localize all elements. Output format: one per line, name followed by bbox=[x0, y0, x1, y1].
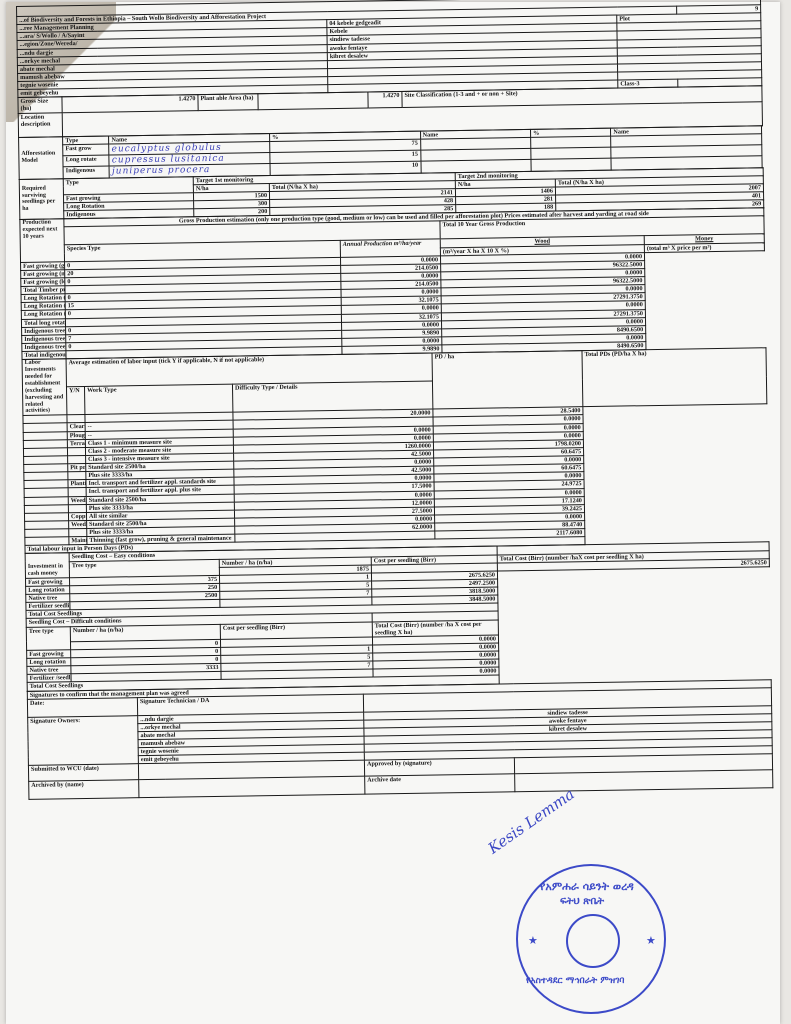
species-label: Indigenous trees (low) bbox=[22, 343, 66, 352]
header-table: ...of Biodiversity and Forests in Ethiop… bbox=[16, 0, 762, 98]
labor-section-label: Labor Investments needed for establishme… bbox=[22, 359, 67, 416]
investment-section-label: Investment in cash money bbox=[25, 553, 69, 578]
species-label: Total Timber production after 10 years bbox=[21, 286, 65, 295]
plantable-area-value: 1.4270 bbox=[368, 92, 402, 108]
official-stamp: የአምሐራ ሳይንት ወረዳ ፍትህ ጽቤት የአስተዳደር ማኅበራት ምዝገ… bbox=[516, 864, 666, 1014]
archived-field[interactable] bbox=[139, 777, 365, 799]
work-type: Clearing bbox=[67, 423, 85, 431]
work-type bbox=[68, 488, 86, 496]
species-label: Long Rotation (good) bbox=[21, 294, 65, 303]
stamp-top-text: የአምሐራ ሳይንት ወረዳ bbox=[540, 880, 634, 894]
gross-size-label: Gross Size (ha) bbox=[18, 97, 62, 113]
work-type bbox=[69, 528, 87, 536]
pd-ha-header: PD / ha bbox=[432, 351, 583, 409]
work-type bbox=[68, 455, 86, 463]
species-label: Long Rotation (medium) bbox=[21, 302, 65, 311]
location-description-label: Location description bbox=[18, 112, 62, 137]
diff-tree-header: Tree type bbox=[26, 626, 70, 650]
work-type: Maintenance bbox=[69, 537, 87, 545]
star-icon: ★ bbox=[528, 934, 538, 947]
management-plan-form: ...of Biodiversity and Forests in Ethiop… bbox=[16, 0, 772, 800]
total-pds-header: Total PDs (PD/ha X ha) bbox=[582, 348, 767, 407]
labor-table: Labor Investments needed for establishme… bbox=[22, 347, 770, 554]
signatures-table: Signatures to confirm that the managemen… bbox=[27, 679, 774, 801]
species-label: Long Rotation (low) bbox=[21, 310, 65, 319]
plantable-area-label: Plant able Area (ha) bbox=[198, 94, 258, 110]
species-label: Fast growing (good) bbox=[21, 261, 65, 270]
seedlings-section-label: Required surviving seedlings per ha bbox=[19, 178, 64, 219]
species-label: Total long rotate wood stacks 10 years bbox=[21, 318, 65, 327]
yn-header: Y/N bbox=[66, 387, 84, 415]
money-subheader: (total m³ X price per m³) bbox=[644, 242, 764, 252]
work-type: Ploughing bbox=[67, 431, 85, 439]
aff-type: Fast grow bbox=[63, 144, 109, 156]
archive-date-field[interactable] bbox=[515, 770, 773, 792]
afforestation-section-label: Afforestation Model bbox=[19, 136, 64, 179]
tree-type: Fertilizer /seedling bbox=[27, 674, 71, 683]
tree-type: Long rotation bbox=[27, 658, 71, 667]
work-type: Terracing, Water harvesting bbox=[67, 439, 85, 447]
star-icon: ★ bbox=[646, 934, 656, 947]
species-label: Fast growing (low) bbox=[21, 278, 65, 287]
production-section-label: Production expected next 10 years bbox=[20, 219, 65, 262]
work-type bbox=[67, 447, 85, 455]
archived-label: Archived by (name) bbox=[29, 780, 139, 800]
work-type: Pit preparation bbox=[68, 463, 86, 471]
work-type: Weeding year 2-5 bbox=[69, 520, 87, 528]
stamp-middle-text: ፍትህ ጽቤት bbox=[560, 896, 604, 907]
submitted-label: Submitted to WCU (date) bbox=[28, 764, 138, 782]
tree-type: Fertilizer seedling bbox=[26, 602, 70, 611]
species-label: Indigenous trees (good) bbox=[22, 326, 66, 335]
archive-date-label: Archive date bbox=[365, 774, 515, 794]
species-label: Indigenous trees (medium) bbox=[22, 335, 66, 344]
tree-type: Long rotation bbox=[26, 586, 70, 595]
work-type: Coppice management bbox=[68, 512, 86, 520]
production-table: Production expected next 10 years Gross … bbox=[19, 208, 766, 361]
aff-type: Long rotate bbox=[63, 155, 109, 167]
stamp-bottom-text: የአስተዳደር ማኅበራት ምዝገባ bbox=[526, 976, 624, 986]
date-label: Date: bbox=[27, 697, 137, 717]
owners-label: Signature Owners: bbox=[28, 715, 139, 765]
work-type: Planting bbox=[68, 480, 86, 488]
species-label: Fast growing (medium) bbox=[21, 270, 65, 279]
work-type: Weeding year 1 bbox=[68, 496, 86, 504]
work-type bbox=[67, 415, 85, 423]
work-type-header: Work Type bbox=[84, 384, 232, 414]
species-label: Total indigenous wood stacks 10 years bbox=[22, 351, 66, 360]
investment-table: Investment in cash money Seedling Cost –… bbox=[25, 542, 772, 692]
emblem-icon bbox=[566, 914, 620, 968]
work-type bbox=[68, 472, 86, 480]
annual-production-header: Annual Production m³/ha/year bbox=[340, 239, 440, 257]
work-type bbox=[68, 504, 86, 512]
difficulty-header: Difficulty Type / Details bbox=[232, 381, 432, 412]
scanned-page: ...of Biodiversity and Forests in Ethiop… bbox=[6, 2, 780, 1024]
